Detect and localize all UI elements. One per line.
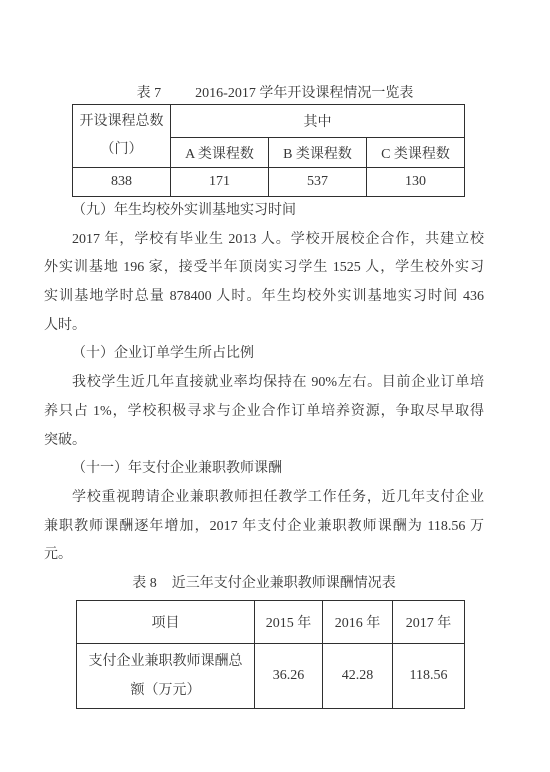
course-count-table: 开设课程总数 （门） 其中 A 类课程数 B 类课程数 C 类课程数 838 1… (72, 104, 465, 197)
type-a-value-cell: 171 (171, 168, 269, 197)
total-courses-header-cell: 开设课程总数 （门） (73, 105, 171, 168)
total-courses-value-cell: 838 (73, 168, 171, 197)
total-courses-header-line2: （门） (73, 136, 170, 164)
teacher-pay-table: 项目 2015 年 2016 年 2017 年 支付企业兼职教师课酬总 额（万元… (76, 600, 465, 709)
year-2017-header-cell: 2017 年 (393, 601, 465, 644)
table8-caption-label: 表 8 (132, 576, 157, 591)
type-b-value-cell: 537 (269, 168, 367, 197)
document-page: 表 72016-2017 学年开设课程情况一览表 开设课程总数 （门） 其中 A… (0, 0, 550, 772)
section-10-heading: （十）企业订单学生所占比例 (44, 340, 484, 369)
section-10-line-1: 我校学生近几年直接就业率均保持在 90%左右。目前企业订单培 (44, 369, 484, 398)
body-text: （九）年生均校外实训基地实习时间 2017 年，学校有毕业生 2013 人。学校… (44, 197, 484, 599)
section-9-line-3: 实训基地学时总量 878400 人时。年生均校外实训基地实习时间 436 (44, 283, 484, 312)
section-11-line-2: 兼职教师课酬逐年增加，2017 年支付企业兼职教师课酬为 118.56 万 (44, 513, 484, 542)
year-2015-header-cell: 2015 年 (255, 601, 323, 644)
group-header-cell: 其中 (171, 105, 465, 138)
pay-2017-value-cell: 118.56 (393, 644, 465, 709)
section-9-line-1: 2017 年，学校有毕业生 2013 人。学校开展校企合作，共建立校 (44, 226, 484, 255)
total-courses-header-line1: 开设课程总数 (73, 108, 170, 136)
table7-caption-label: 表 7 (137, 84, 162, 104)
type-c-value-cell: 130 (367, 168, 465, 197)
table7-caption-title: 2016-2017 学年开设课程情况一览表 (195, 86, 413, 101)
pay-2016-value-cell: 42.28 (323, 644, 393, 709)
table8-caption-title: 近三年支付企业兼职教师课酬情况表 (172, 576, 396, 591)
section-9-line-4: 人时。 (44, 312, 484, 341)
section-11-line-3: 元。 (44, 541, 484, 570)
section-11-heading: （十一）年支付企业兼职教师课酬 (44, 455, 484, 484)
pay-total-label-line2: 额（万元） (77, 676, 254, 705)
item-header-cell: 项目 (77, 601, 255, 644)
section-11-line-1: 学校重视聘请企业兼职教师担任教学工作任务，近几年支付企业 (44, 484, 484, 513)
pay-total-label-line1: 支付企业兼职教师课酬总 (77, 647, 254, 676)
section-9-heading: （九）年生均校外实训基地实习时间 (44, 197, 484, 226)
subheader-cell-a: A 类课程数 (171, 138, 269, 168)
table7-caption: 表 72016-2017 学年开设课程情况一览表 (0, 84, 550, 104)
section-10-line-3: 突破。 (44, 427, 484, 456)
pay-2015-value-cell: 36.26 (255, 644, 323, 709)
subheader-cell-b: B 类课程数 (269, 138, 367, 168)
pay-total-label-cell: 支付企业兼职教师课酬总 额（万元） (77, 644, 255, 709)
section-10-line-2: 养只占 1%，学校积极寻求与企业合作订单培养资源，争取尽早取得 (44, 398, 484, 427)
year-2016-header-cell: 2016 年 (323, 601, 393, 644)
subheader-cell-c: C 类课程数 (367, 138, 465, 168)
table8-caption: 表 8近三年支付企业兼职教师课酬情况表 (44, 570, 484, 599)
section-9-line-2: 外实训基地 196 家，接受半年顶岗实习学生 1525 人，学生校外实习 (44, 254, 484, 283)
